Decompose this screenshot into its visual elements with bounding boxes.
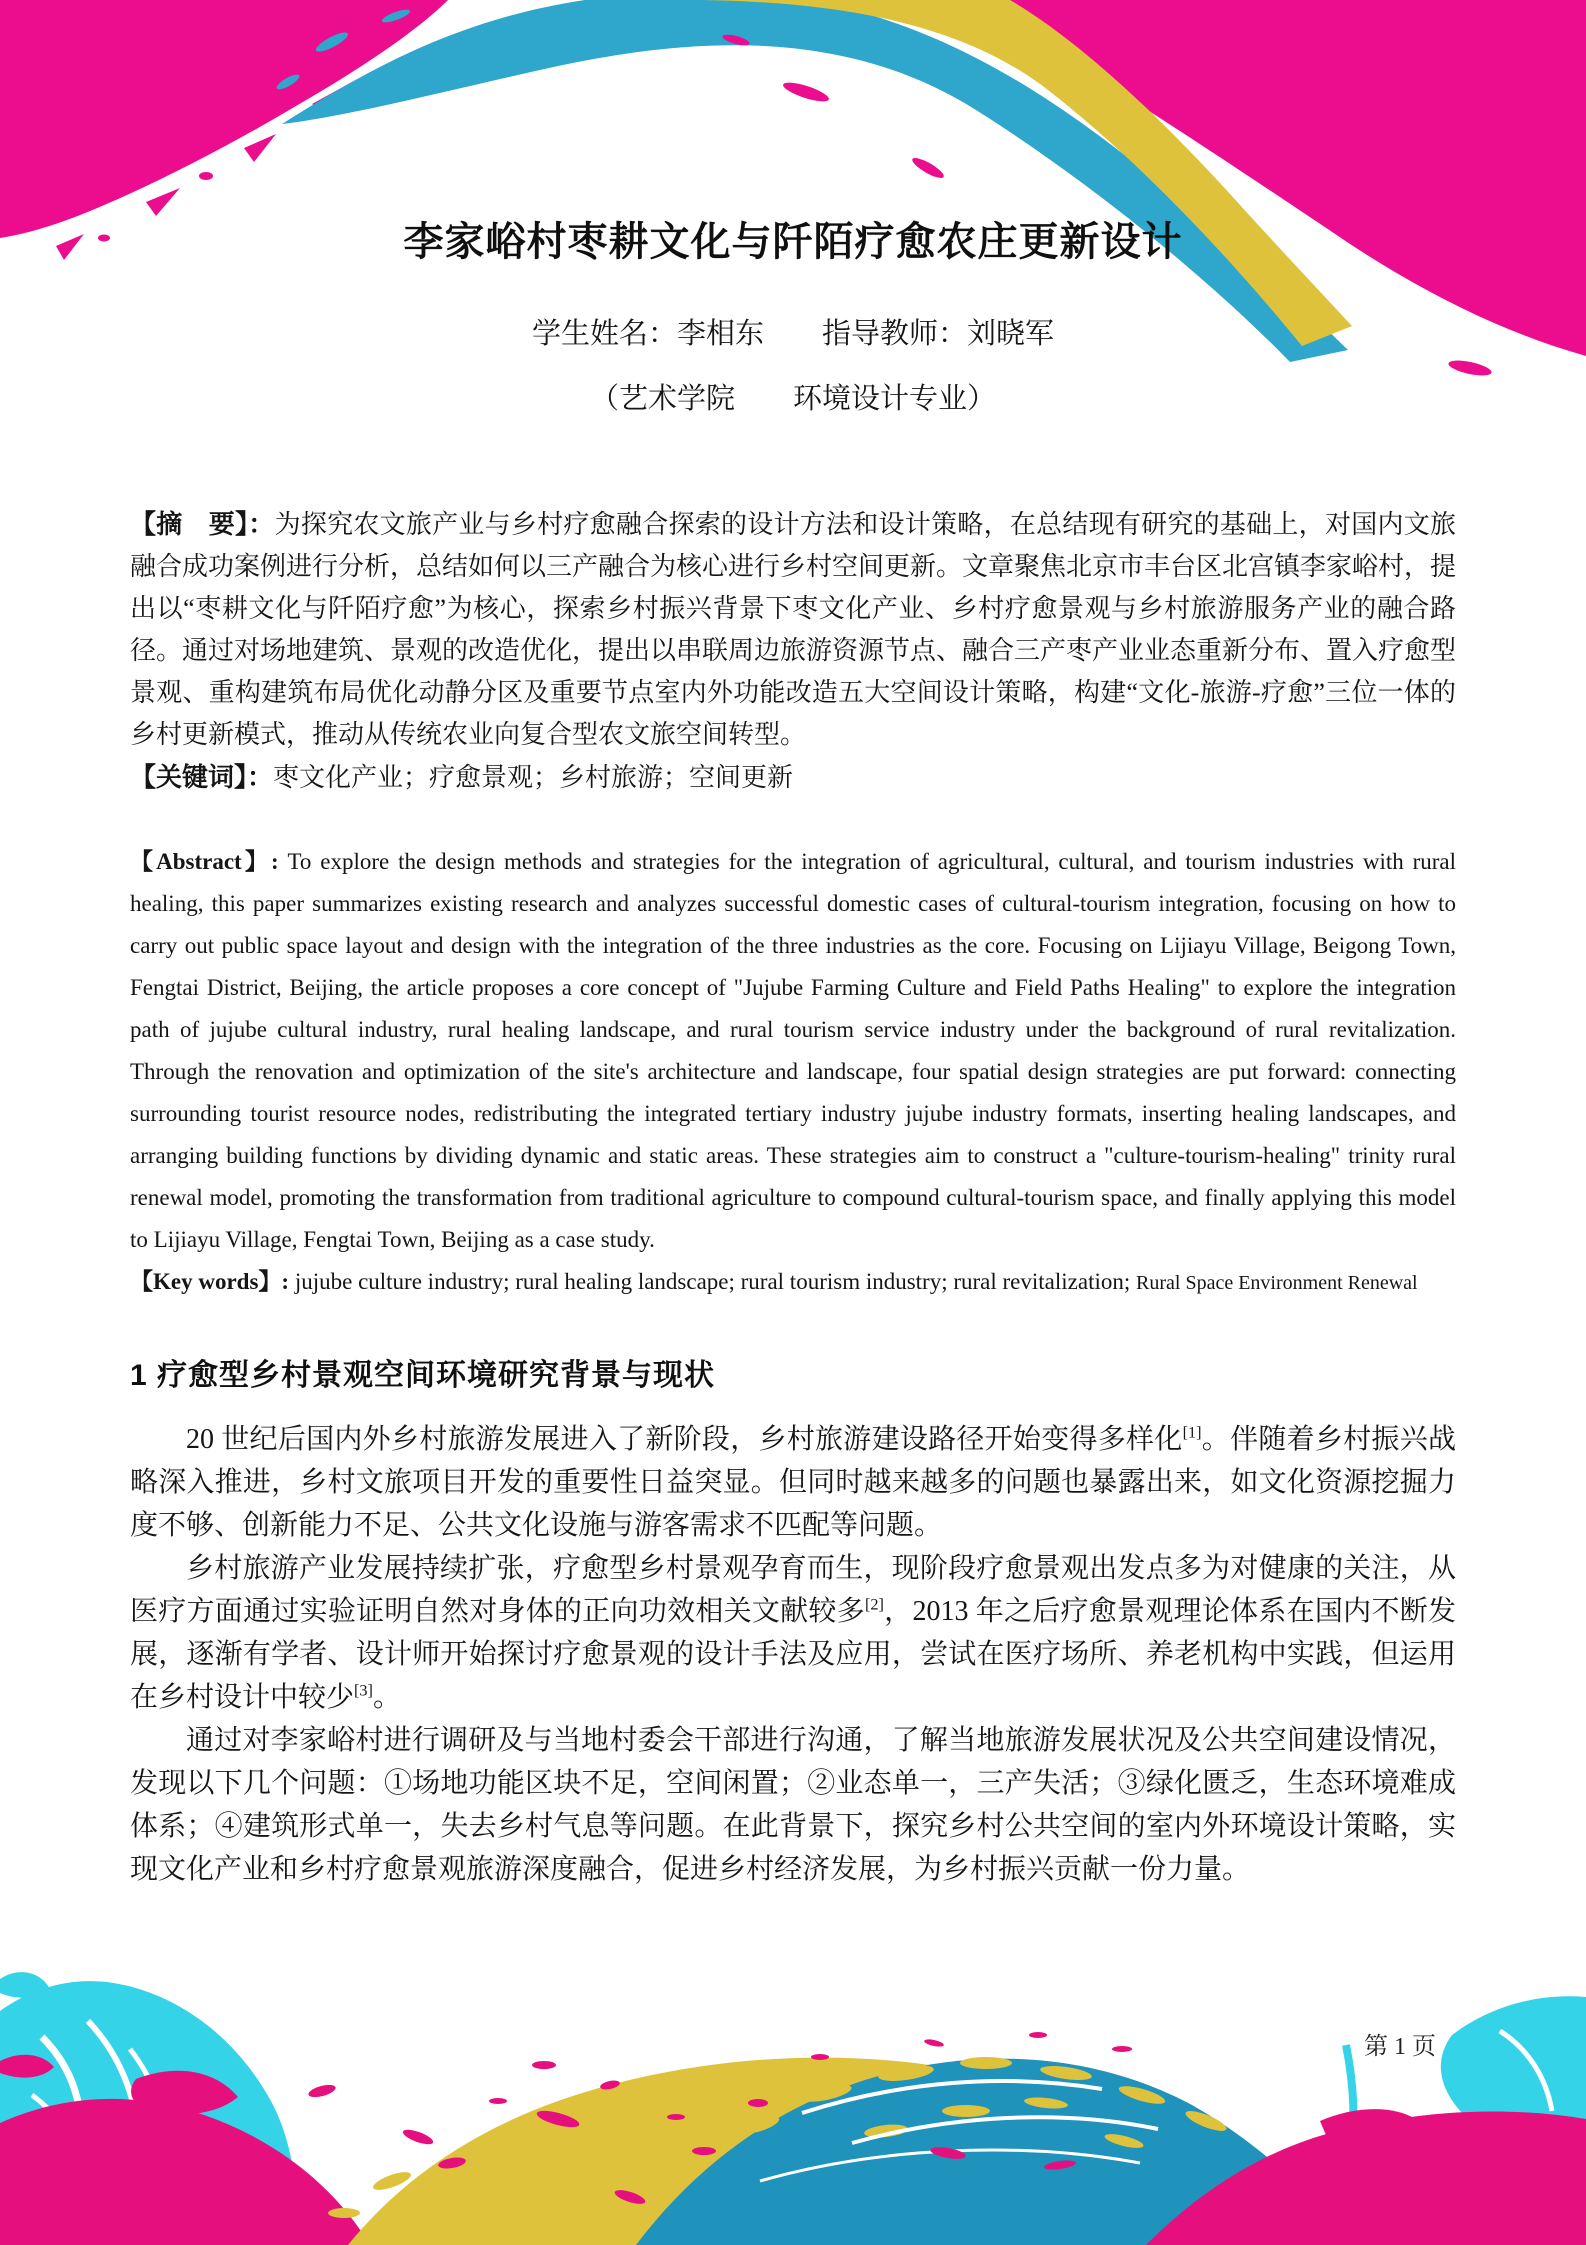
abstract-en-text: To explore the design methods and strate… — [130, 849, 1456, 1252]
abstract-en-paragraph: 【Abstract】: To explore the design method… — [130, 841, 1456, 1261]
paper-title: 李家峪村枣耕文化与阡陌疗愈农庄更新设计 — [130, 210, 1456, 267]
abstract-cn-label: 【摘 要】： — [130, 509, 275, 539]
bottom-paint-splash-decoration — [0, 1945, 1586, 2245]
abstract-cn-paragraph: 【摘 要】：为探究农文旅产业与乡村疗愈融合探索的设计方法和设计策略，在总结现有研… — [130, 503, 1456, 756]
body-paragraph: 20 世纪后国内外乡村旅游发展进入了新阶段，乡村旅游建设路径开始变得多样化[1]… — [130, 1418, 1456, 1547]
keywords-en-label: 【Key words】: — [130, 1269, 295, 1294]
abstract-en-label: 【Abstract】: — [130, 849, 287, 874]
paper-content: 李家峪村枣耕文化与阡陌疗愈农庄更新设计 学生姓名：李相东 指导教师：刘晓军 （艺… — [130, 0, 1456, 1891]
keywords-cn-label: 【关键词】： — [130, 762, 273, 792]
chinese-abstract-section: 【摘 要】：为探究农文旅产业与乡村疗愈融合探索的设计方法和设计策略，在总结现有研… — [130, 503, 1456, 799]
citation-ref: [1] — [1183, 1424, 1202, 1442]
paragraph-text: 通过对李家峪村进行调研及与当地村委会干部进行沟通，了解当地旅游发展状况及公共空间… — [130, 1725, 1456, 1885]
keywords-en-text-small: Rural Space Environment Renewal — [1136, 1272, 1418, 1294]
body-paragraph: 乡村旅游产业发展持续扩张，疗愈型乡村景观孕育而生，现阶段疗愈景观出发点多为对健康… — [130, 1547, 1456, 1719]
citation-ref: [2] — [865, 1596, 884, 1614]
page-number: 第 1 页 — [1364, 2026, 1436, 2061]
section-1-body: 20 世纪后国内外乡村旅游发展进入了新阶段，乡村旅游建设路径开始变得多样化[1]… — [130, 1418, 1456, 1891]
affiliation-line: （艺术学院 环境设计专业） — [130, 376, 1456, 417]
abstract-cn-text: 为探究农文旅产业与乡村疗愈融合探索的设计方法和设计策略，在总结现有研究的基础上，… — [130, 510, 1456, 749]
keywords-cn-paragraph: 【关键词】：枣文化产业；疗愈景观；乡村旅游；空间更新 — [130, 756, 1456, 799]
author-advisor-line: 学生姓名：李相东 指导教师：刘晓军 — [130, 311, 1456, 352]
paragraph-text: 。 — [373, 1682, 401, 1713]
english-abstract-section: 【Abstract】: To explore the design method… — [130, 841, 1456, 1304]
keywords-en-paragraph: 【Key words】: jujube culture industry; ru… — [130, 1261, 1456, 1304]
body-paragraph: 通过对李家峪村进行调研及与当地村委会干部进行沟通，了解当地旅游发展状况及公共空间… — [130, 1719, 1456, 1891]
paragraph-text: 20 世纪后国内外乡村旅游发展进入了新阶段，乡村旅游建设路径开始变得多样化 — [186, 1424, 1183, 1455]
keywords-cn-text: 枣文化产业；疗愈景观；乡村旅游；空间更新 — [273, 763, 793, 792]
section-1-heading: 1 疗愈型乡村景观空间环境研究背景与现状 — [130, 1350, 1456, 1394]
document-page: 李家峪村枣耕文化与阡陌疗愈农庄更新设计 学生姓名：李相东 指导教师：刘晓军 （艺… — [0, 0, 1586, 2245]
citation-ref: [3] — [354, 1682, 373, 1700]
keywords-en-text: jujube culture industry; rural healing l… — [295, 1269, 1136, 1294]
